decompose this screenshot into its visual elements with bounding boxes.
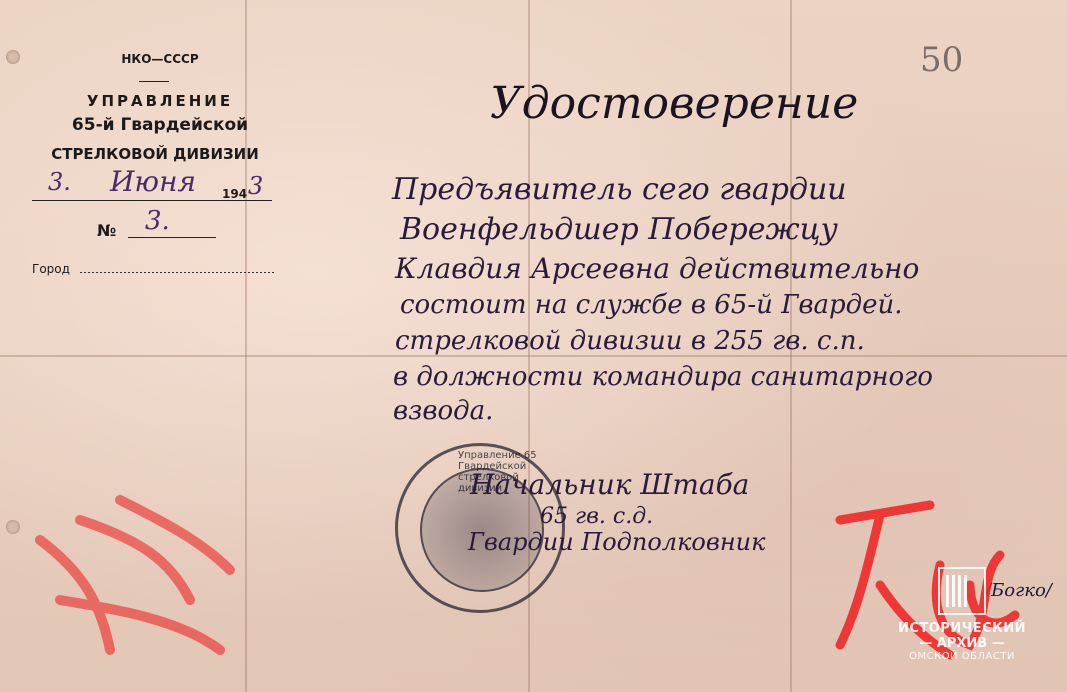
body-line: в должности командира санитарного [393, 362, 933, 392]
body-line: Предъявитель сего гвардии [392, 172, 847, 207]
signature-line1: Начальник Штаба [470, 468, 749, 501]
date-underline [32, 200, 272, 201]
signature-line3: Гвардии Подполковник [468, 528, 765, 556]
red-pencil-mark [20, 480, 250, 670]
city-underline [80, 272, 275, 273]
date-year-prefix: 194 [222, 187, 247, 201]
date-year-suffix: 3 [248, 172, 263, 200]
scanned-document: НКО—СССР УПРАВЛЕНИЕ 65-й Гвардейской стр… [0, 0, 1067, 692]
signature-line2: 65 гв. с.д. [540, 504, 653, 529]
number-value: 3. [145, 206, 170, 236]
date-month: Июня [110, 165, 196, 198]
body-line: Военфельдшер Побережцу [400, 212, 838, 247]
letterhead-line2: 65-й Гвардейской [40, 115, 280, 135]
letterhead-org: НКО—СССР [60, 52, 260, 66]
date-day: 3. [48, 168, 71, 196]
archive-number: 50 [920, 40, 963, 80]
city-label: Город [32, 262, 70, 276]
punch-hole [6, 520, 20, 534]
body-line: состоит на службе в 65-й Гвардей. [400, 290, 903, 320]
punch-hole [6, 50, 20, 64]
watermark-line1: ИСТОРИЧЕСКИЙ [887, 621, 1037, 636]
archive-watermark: ИСТОРИЧЕСКИЙ — АРХИВ — ОМСКОЙ ОБЛАСТИ [887, 567, 1037, 662]
letterhead-line3: стрелковой дивизии [30, 145, 280, 163]
watermark-line3: ОМСКОЙ ОБЛАСТИ [887, 651, 1037, 662]
document-title: Удостоверение [490, 78, 858, 129]
archive-logo-icon [938, 567, 986, 615]
body-line: взвода. [393, 396, 493, 426]
number-underline [128, 237, 216, 238]
number-label: № [97, 221, 116, 240]
watermark-line2: — АРХИВ — [887, 636, 1037, 651]
divider [139, 81, 169, 82]
body-line: стрелковой дивизии в 255 гв. с.п. [395, 326, 865, 356]
letterhead-line1: УПРАВЛЕНИЕ [50, 92, 270, 110]
body-line: Клавдия Арсеевна действительно [395, 252, 919, 285]
